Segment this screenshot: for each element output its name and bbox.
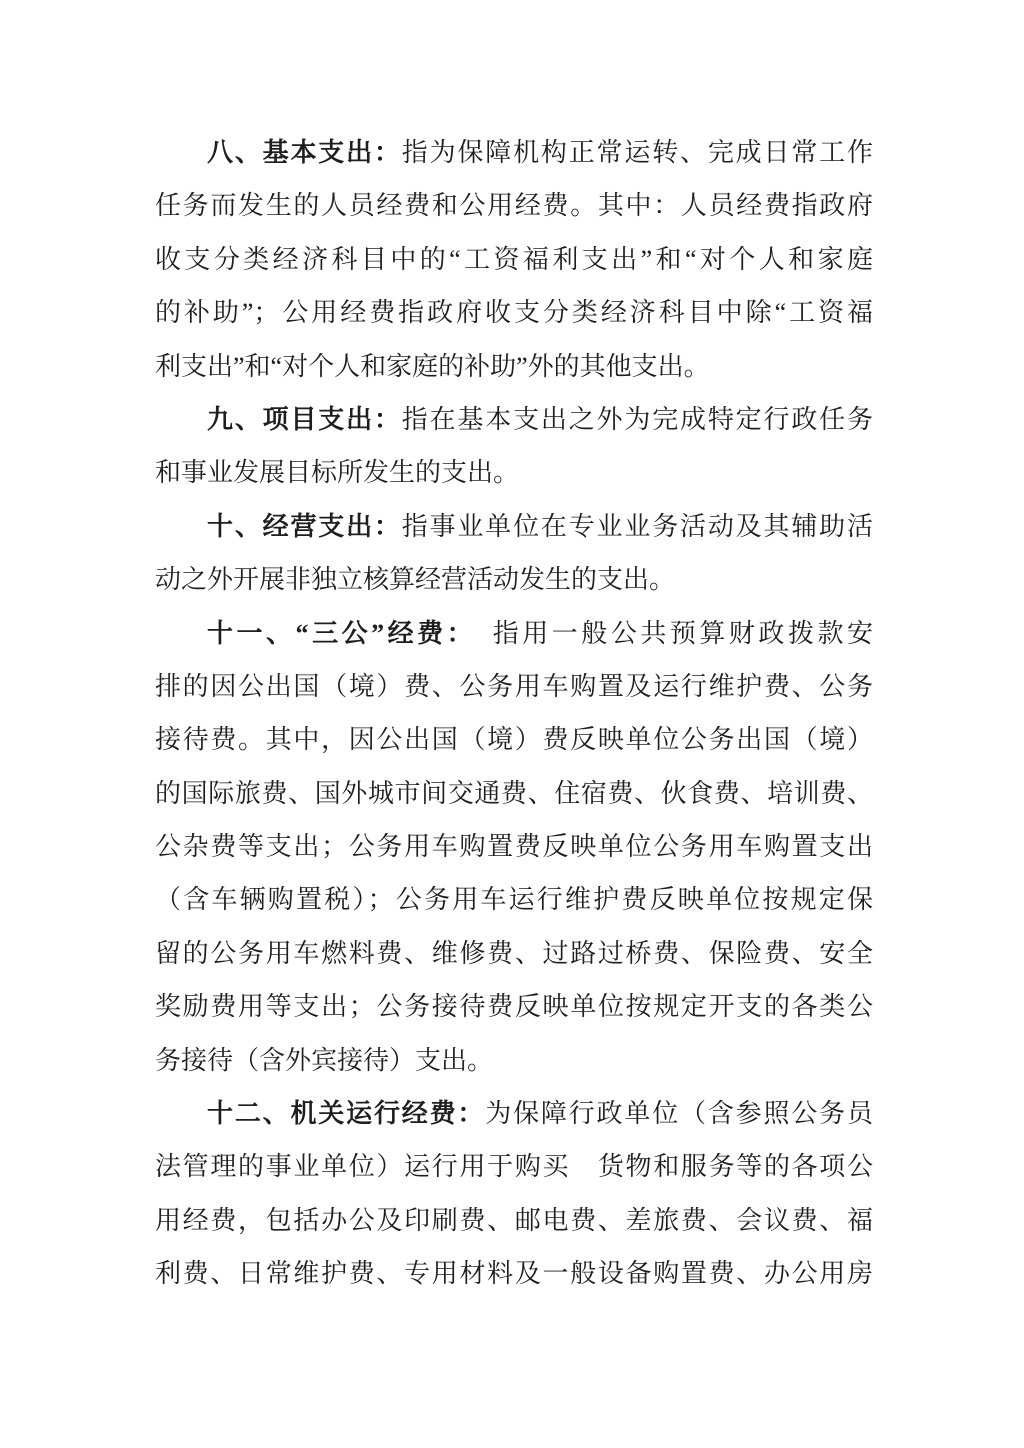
body-text: 法管理的事业单位）运行用于购买 货物和服务等的各项公 (155, 1152, 873, 1181)
text-line: 法管理的事业单位）运行用于购买 货物和服务等的各项公 (155, 1140, 873, 1193)
body-text: 任务而发生的人员经费和公用经费。其中：人员经费指政府 (155, 191, 873, 220)
text-line: 九、项目支出：指在基本支出之外为完成特定行政任务 (155, 393, 873, 446)
body-text: 动之外开展非独立核算经营活动发生的支出。 (155, 565, 675, 594)
body-text: 排的因公出国（境）费、公务用车购置及运行维护费、公务 (155, 672, 873, 701)
text-line: 收支分类经济科目中的“工资福利支出”和“对个人和家庭 (155, 233, 873, 286)
body-text: 收支分类经济科目中的“工资福利支出”和“对个人和家庭 (155, 245, 873, 274)
body-text: 利费、日常维护费、专用材料及一般设备购置费、办公用房 (155, 1259, 873, 1288)
body-text: 为保障行政单位（含参照公务员 (485, 1099, 873, 1128)
section-heading: 十、经营支出： (207, 512, 402, 541)
text-line: 利费、日常维护费、专用材料及一般设备购置费、办公用房 (155, 1247, 873, 1300)
text-line: 公杂费等支出；公务用车购置费反映单位公务用车购置支出 (155, 820, 873, 873)
body-text: 奖励费用等支出；公务接待费反映单位按规定开支的各类公 (155, 992, 873, 1021)
text-line: 务接待（含外宾接待）支出。 (155, 1034, 873, 1087)
para-11-three-public-funds: 十一、“三公”经费： 指用一般公共预算财政拨款安排的因公出国（境）费、公务用车购… (155, 607, 873, 1088)
para-10-operating-expenditure: 十、经营支出：指事业单位在专业业务活动及其辅助活动之外开展非独立核算经营活动发生… (155, 500, 873, 607)
body-text: 用经费，包括办公及印刷费、邮电费、差旅费、会议费、福 (155, 1206, 873, 1235)
document-body: 八、基本支出：指为保障机构正常运转、完成日常工作任务而发生的人员经费和公用经费。… (155, 126, 873, 1301)
document-page: 八、基本支出：指为保障机构正常运转、完成日常工作任务而发生的人员经费和公用经费。… (0, 0, 1024, 1448)
text-line: 接待费。其中，因公出国（境）费反映单位公务出国（境） (155, 713, 873, 766)
body-text: 接待费。其中，因公出国（境）费反映单位公务出国（境） (155, 725, 873, 754)
body-text: 指在基本支出之外为完成特定行政任务 (402, 405, 873, 434)
text-line: 十二、机关运行经费：为保障行政单位（含参照公务员 (155, 1087, 873, 1140)
body-text: 的补助”；公用经费指政府收支分类经济科目中除“工资福 (155, 298, 873, 327)
text-line: 用经费，包括办公及印刷费、邮电费、差旅费、会议费、福 (155, 1194, 873, 1247)
para-8-basic-expenditure: 八、基本支出：指为保障机构正常运转、完成日常工作任务而发生的人员经费和公用经费。… (155, 126, 873, 393)
text-line: 的补助”；公用经费指政府收支分类经济科目中除“工资福 (155, 286, 873, 339)
text-line: 留的公务用车燃料费、维修费、过路过桥费、保险费、安全 (155, 927, 873, 980)
section-heading: 十一、“三公”经费： (207, 619, 463, 648)
body-text: 公杂费等支出；公务用车购置费反映单位公务用车购置支出 (155, 832, 873, 861)
text-line: 动之外开展非独立核算经营活动发生的支出。 (155, 553, 873, 606)
para-12-agency-operation-funds: 十二、机关运行经费：为保障行政单位（含参照公务员法管理的事业单位）运行用于购买 … (155, 1087, 873, 1301)
text-line: 利支出”和“对个人和家庭的补助”外的其他支出。 (155, 340, 873, 393)
body-text: 指用一般公共预算财政拨款安 (463, 619, 873, 648)
section-heading: 十二、机关运行经费： (207, 1099, 485, 1128)
text-line: （含车辆购置税）；公务用车运行维护费反映单位按规定保 (155, 873, 873, 926)
body-text: 的国际旅费、国外城市间交通费、住宿费、伙食费、培训费、 (155, 779, 873, 808)
text-line: 的国际旅费、国外城市间交通费、住宿费、伙食费、培训费、 (155, 767, 873, 820)
body-text: 和事业发展目标所发生的支出。 (155, 458, 519, 487)
body-text: 留的公务用车燃料费、维修费、过路过桥费、保险费、安全 (155, 939, 873, 968)
body-text: 指事业单位在专业业务活动及其辅助活 (402, 512, 873, 541)
text-line: 八、基本支出：指为保障机构正常运转、完成日常工作 (155, 126, 873, 179)
section-heading: 九、项目支出： (207, 405, 402, 434)
text-line: 奖励费用等支出；公务接待费反映单位按规定开支的各类公 (155, 980, 873, 1033)
body-text: （含车辆购置税）；公务用车运行维护费反映单位按规定保 (155, 885, 873, 914)
body-text: 利支出”和“对个人和家庭的补助”外的其他支出。 (155, 352, 710, 381)
section-heading: 八、基本支出： (207, 138, 402, 167)
text-line: 十一、“三公”经费： 指用一般公共预算财政拨款安 (155, 607, 873, 660)
text-line: 和事业发展目标所发生的支出。 (155, 446, 873, 499)
text-line: 任务而发生的人员经费和公用经费。其中：人员经费指政府 (155, 179, 873, 232)
text-line: 排的因公出国（境）费、公务用车购置及运行维护费、公务 (155, 660, 873, 713)
para-9-project-expenditure: 九、项目支出：指在基本支出之外为完成特定行政任务和事业发展目标所发生的支出。 (155, 393, 873, 500)
text-line: 十、经营支出：指事业单位在专业业务活动及其辅助活 (155, 500, 873, 553)
body-text: 务接待（含外宾接待）支出。 (155, 1046, 493, 1075)
body-text: 指为保障机构正常运转、完成日常工作 (402, 138, 873, 167)
